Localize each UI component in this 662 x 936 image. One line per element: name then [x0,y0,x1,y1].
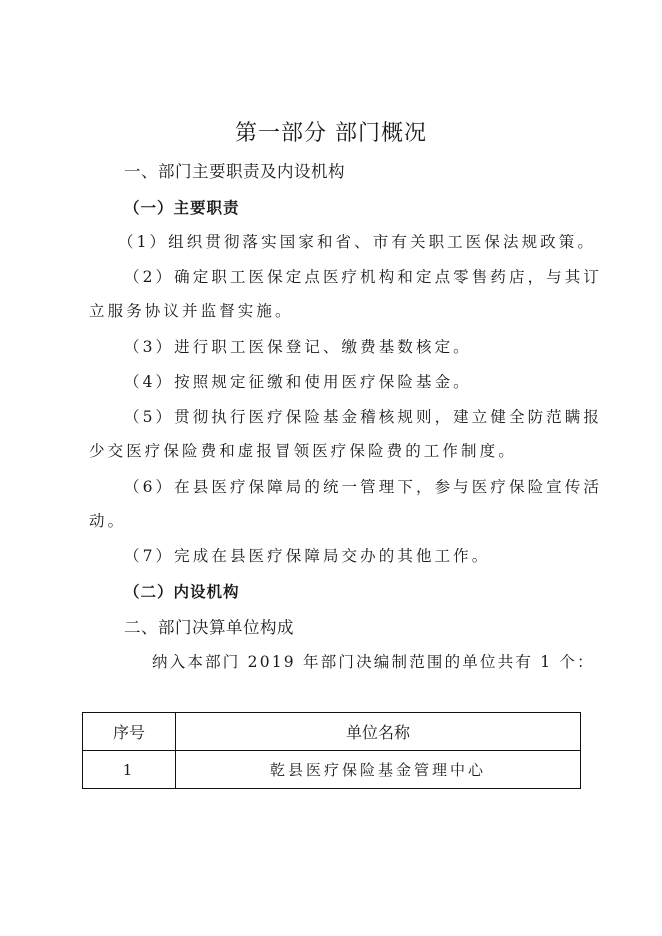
subsection-main-duties-heading: （一）主要职责 [124,196,240,218]
duty-item-7: （7）完成在县医疗保障局交办的其他工作。 [124,544,490,566]
duty-item-5-cont: 少交医疗保险费和虚报冒领医疗保险费的工作制度。 [89,439,517,461]
section-2-heading: 二、部门决算单位构成 [124,614,294,638]
duty-item-5: （5）贯彻执行医疗保险基金稽核规则，建立健全防范瞒报 [124,405,602,427]
cell-unit-name: 乾县医疗保险基金管理中心 [176,751,581,789]
cell-index: 1 [83,751,176,789]
table-header-row: 序号 单位名称 [83,713,581,751]
page-title: 第一部分 部门概况 [0,116,662,147]
header-unit-name: 单位名称 [176,713,581,751]
section-2-intro: 纳入本部门 2019 年部门决编制范围的单位共有 1 个： [152,650,595,672]
duty-item-6-cont: 动。 [89,509,126,531]
duty-item-6: （6）在县医疗保障局的统一管理下，参与医疗保险宣传活 [124,475,602,497]
duty-item-3: （3）进行职工医保登记、缴费基数核定。 [124,335,472,357]
duty-item-2: （2）确定职工医保定点医疗机构和定点零售药店，与其订 [124,265,602,287]
units-table: 序号 单位名称 1 乾县医疗保险基金管理中心 [82,712,581,789]
duty-item-4: （4）按照规定征缴和使用医疗保险基金。 [124,370,472,392]
section-1-heading: 一、部门主要职责及内设机构 [124,158,345,182]
duty-item-1: （1）组织贯彻落实国家和省、市有关职工医保法规政策。 [118,230,596,252]
subsection-internal-org-heading: （二）内设机构 [124,580,240,602]
duty-item-2-cont: 立服务协议并监督实施。 [89,299,294,321]
header-index: 序号 [83,713,176,751]
table-row: 1 乾县医疗保险基金管理中心 [83,751,581,789]
